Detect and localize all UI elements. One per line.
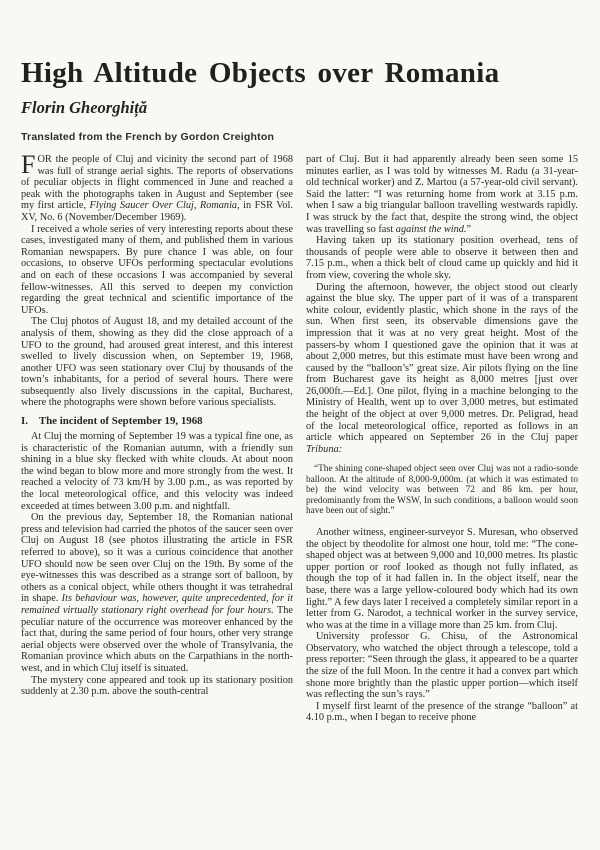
body-paragraph: The mystery cone appeared and took up it… (21, 675, 293, 698)
body-paragraph: University professor G. Chisu, of the As… (306, 631, 578, 701)
magazine-page: High Altitude Objects over Romania Flori… (0, 0, 600, 850)
italic-text-run: against the wind. (396, 224, 467, 235)
body-paragraph: During the afternoon, however, the objec… (306, 282, 578, 456)
article-body: FOR the people of Cluj and vicinity the … (21, 154, 579, 724)
translator-credit: Translated from the French by Gordon Cre… (21, 131, 579, 143)
body-paragraph: I myself first learnt of the presence of… (306, 701, 578, 724)
block-quote: “The shining cone-shaped object seen ove… (306, 464, 578, 517)
text-run: University professor G. Chisu, of the As… (306, 631, 578, 700)
column-left: FOR the people of Cluj and vicinity the … (21, 154, 293, 724)
body-paragraph: Having taken up its stationary position … (306, 235, 578, 281)
body-paragraph: At Cluj the morning of September 19 was … (21, 431, 293, 512)
text-run: During the afternoon, however, the objec… (306, 282, 578, 444)
text-run: I. The incident of September 19, 1968 (21, 415, 203, 427)
italic-text-run: Flying Saucer Over Cluj, Romania (90, 200, 238, 211)
article-title: High Altitude Objects over Romania (21, 0, 579, 89)
text-run: I received a whole series of very intere… (21, 224, 293, 316)
italic-text-run: Tribuna: (306, 444, 342, 455)
text-run: part of Cluj. But it had apparently alre… (306, 154, 578, 235)
body-paragraph: part of Cluj. But it had apparently alre… (306, 154, 578, 235)
text-run: Another witness, engineer-surveyor S. Mu… (306, 527, 578, 631)
text-run: The Cluj photos of August 18, and my det… (21, 316, 293, 408)
italic-text-run: Its behaviour was, however, quite unprec… (21, 593, 293, 616)
body-paragraph: Another witness, engineer-surveyor S. Mu… (306, 527, 578, 631)
section-heading: I. The incident of September 19, 1968 (21, 415, 293, 427)
column-right: part of Cluj. But it had apparently alre… (306, 154, 578, 724)
text-run: Having taken up its stationary position … (306, 235, 578, 281)
text-run: I myself first learnt of the presence of… (306, 701, 578, 724)
drop-cap: F (21, 154, 37, 176)
text-run: On the previous day, September 18, the R… (21, 512, 293, 604)
body-paragraph: I received a whole series of very intere… (21, 224, 293, 317)
text-run: The mystery cone appeared and took up it… (21, 675, 293, 698)
body-paragraph: The Cluj photos of August 18, and my det… (21, 316, 293, 409)
text-run: “The shining cone-shaped object seen ove… (306, 464, 578, 516)
text-run: At Cluj the morning of September 19 was … (21, 431, 293, 512)
article-author: Florin Gheorghiță (21, 98, 579, 118)
body-paragraph: On the previous day, September 18, the R… (21, 512, 293, 674)
body-paragraph: FOR the people of Cluj and vicinity the … (21, 154, 293, 224)
text-run: ” (466, 224, 471, 235)
